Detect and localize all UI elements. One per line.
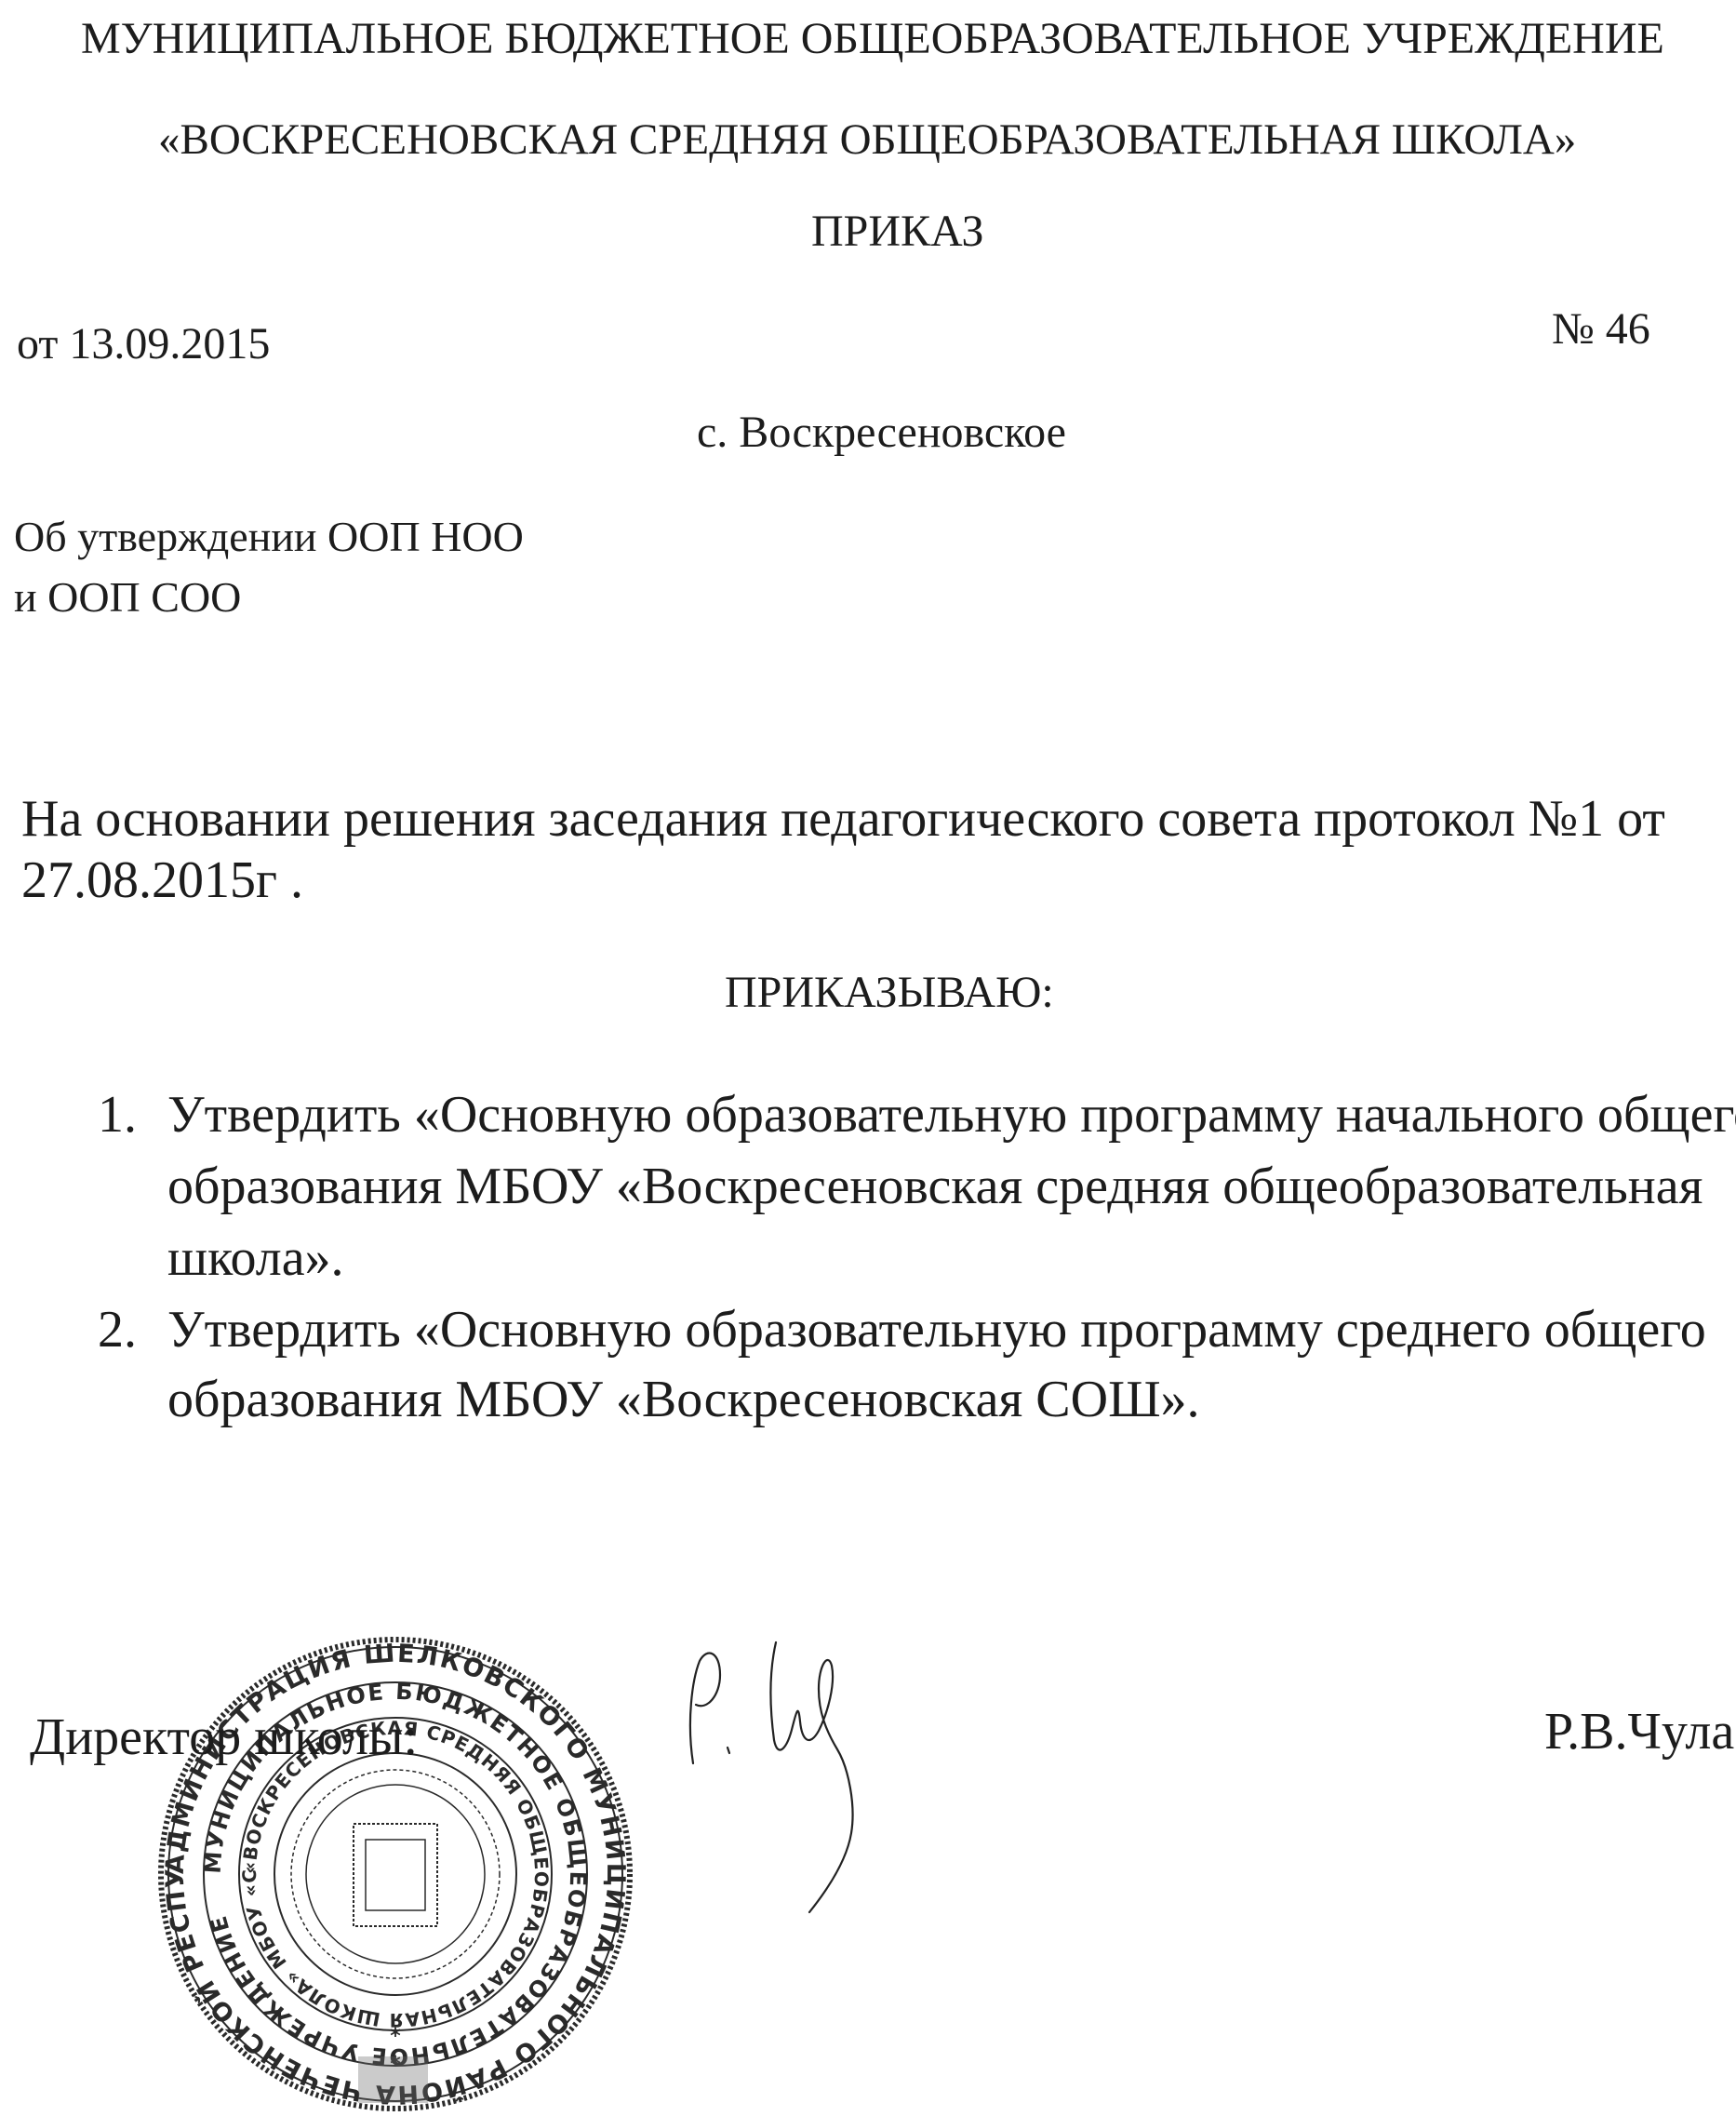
list-item-line: образования МБОУ «Воскресеновская средня… — [167, 1160, 1703, 1212]
subject-line2: и ООП СОО — [14, 576, 241, 619]
official-seal-stamp: АДМИНИСТРАЦИЯ ШЕЛКОВСКОГО МУНИЦИПАЛЬНОГО… — [154, 1633, 637, 2116]
signatory-name: Р.В.Чула — [1544, 1706, 1734, 1758]
basis-line1: На основании решения заседания педагогич… — [21, 793, 1665, 845]
list-item-line: Утвердить «Основную образовательную прог… — [167, 1089, 1736, 1141]
list-item-line: Утвердить «Основную образовательную прог… — [167, 1304, 1706, 1356]
list-item-line: школа». — [167, 1232, 344, 1284]
signatory-position: Директор школы: — [30, 1711, 418, 1763]
document-type-title: ПРИКАЗ — [811, 209, 984, 254]
handwritten-signature — [679, 1638, 940, 1917]
place-of-issue: с. Воскресеновское — [697, 410, 1066, 455]
basis-line2: 27.08.2015г . — [21, 854, 303, 906]
institution-name-line1: МУНИЦИПАЛЬНОЕ БЮДЖЕТНОЕ ОБЩЕОБРАЗОВАТЕЛЬ… — [81, 17, 1664, 61]
list-item-number: 2. — [98, 1304, 137, 1356]
institution-name-line2: «ВОСКРЕСЕНОВСКАЯ СРЕДНЯЯ ОБЩЕОБРАЗОВАТЕЛ… — [158, 118, 1576, 162]
list-item-number: 1. — [98, 1089, 137, 1141]
subject-line1: Об утверждении ООП НОО — [14, 516, 524, 558]
svg-text:*: * — [390, 2025, 401, 2048]
order-number: № 46 — [1552, 307, 1650, 352]
order-date: от 13.09.2015 — [17, 322, 270, 367]
order-heading: ПРИКАЗЫВАЮ: — [725, 971, 1054, 1015]
list-item-line: образования МБОУ «Воскресеновская СОШ». — [167, 1373, 1200, 1426]
